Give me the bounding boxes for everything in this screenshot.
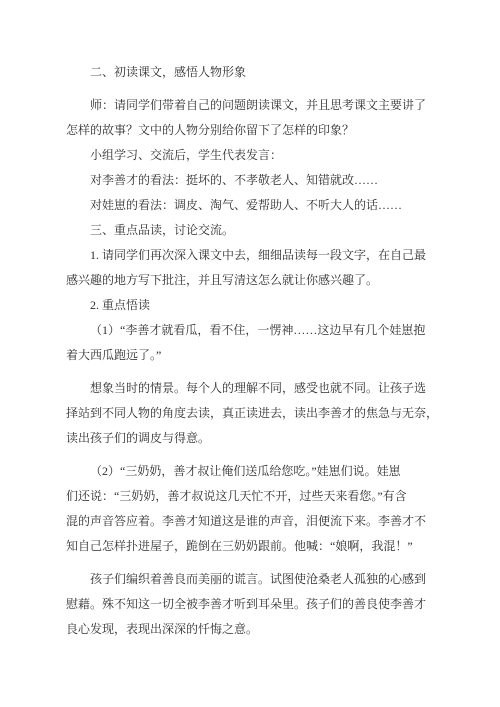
- text-line: 2. 重点悟读: [66, 293, 470, 318]
- paragraph-analysis-1: 想象当时的情景。每个人的理解不同，感受也就不同。让孩子选择站到不同人物的角度去读…: [66, 376, 470, 451]
- paragraph-opinion-wazai: 对娃崽的看法：调皮、淘气、爱帮助人、不听大人的话……: [66, 193, 470, 218]
- document-page: 二、初读课文，感悟人物形象师：请同学们带着自己的问题朗读课文，并且思考课文主要讲…: [0, 0, 500, 707]
- text-line: 三、重点品读，讨论交流。: [66, 218, 470, 243]
- text-line: 想象当时的情景。每个人的理解不同，感受也就不同。让孩子选: [66, 376, 470, 401]
- text-line: （1）“李善才就看瓜，看不住，一愣神……这边早有几个娃崽抱: [66, 318, 470, 343]
- text-line: 1. 请同学们再次深入课文中去，细细品读每一段文字，在自己最: [66, 243, 470, 268]
- paragraph-section-2-heading: 二、初读课文，感悟人物形象: [66, 60, 470, 85]
- text-line: 混的声音答应着。李善才知道这是谁的声音，泪便流下来。李善才不: [66, 509, 470, 534]
- paragraph-item-2: 2. 重点悟读: [66, 293, 470, 318]
- text-line: 慰藉。殊不知这一切全被李善才听到耳朵里。孩子们的善良使李善才: [66, 592, 470, 617]
- paragraph-item-1: 1. 请同学们再次深入课文中去，细细品读每一段文字，在自己最感兴趣的地方写下批注…: [66, 243, 470, 293]
- text-line: （2）“三奶奶，善才叔让俺们送瓜给您吃。”娃崽们说。娃崽: [66, 459, 470, 484]
- text-line: 读出孩子们的调皮与得意。: [66, 426, 470, 451]
- document-text-block: 二、初读课文，感悟人物形象师：请同学们带着自己的问题朗读课文，并且思考课文主要讲…: [0, 0, 500, 642]
- text-line: 良心发现，表现出深深的忏悔之意。: [66, 617, 470, 642]
- paragraph-quote-1: （1）“李善才就看瓜，看不住，一愣神……这边早有几个娃崽抱着大西瓜跑远了。”: [66, 318, 470, 368]
- text-line: 对李善才的看法：挺坏的、不孝敬老人、知错就改……: [66, 168, 470, 193]
- paragraph-analysis-2: 孩子们编织着善良而美丽的谎言。试图使沧桑老人孤独的心感到慰藉。殊不知这一切全被李…: [66, 567, 470, 642]
- text-line: 择站到不同人物的角度去读，真正读进去，读出李善才的焦急与无奈，: [66, 401, 470, 426]
- text-line: 师：请同学们带着自己的问题朗读课文，并且思考课文主要讲了: [66, 93, 470, 118]
- text-line: 们还说：“三奶奶，善才叔说这几天忙不开，过些天来看您。”有含: [66, 484, 470, 509]
- text-line: 小组学习、交流后，学生代表发言：: [66, 143, 470, 168]
- paragraph-group-study: 小组学习、交流后，学生代表发言：: [66, 143, 470, 168]
- text-line: 怎样的故事？文中的人物分别给你留下了怎样的印象？: [66, 118, 470, 143]
- text-line: 二、初读课文，感悟人物形象: [66, 60, 470, 85]
- paragraph-quote-2: （2）“三奶奶，善才叔让俺们送瓜给您吃。”娃崽们说。娃崽们还说：“三奶奶，善才叔…: [66, 459, 470, 559]
- text-line: 着大西瓜跑远了。”: [66, 343, 470, 368]
- paragraph-section-3-heading: 三、重点品读，讨论交流。: [66, 218, 470, 243]
- text-line: 孩子们编织着善良而美丽的谎言。试图使沧桑老人孤独的心感到: [66, 567, 470, 592]
- paragraph-teacher-instruction: 师：请同学们带着自己的问题朗读课文，并且思考课文主要讲了怎样的故事？文中的人物分…: [66, 93, 470, 143]
- text-line: 对娃崽的看法：调皮、淘气、爱帮助人、不听大人的话……: [66, 193, 470, 218]
- paragraph-opinion-li-shancai: 对李善才的看法：挺坏的、不孝敬老人、知错就改……: [66, 168, 470, 193]
- text-line: 知自己怎样扑进屋子，跪倒在三奶奶跟前。他喊：“娘啊，我混！”: [66, 534, 470, 559]
- text-line: 感兴趣的地方写下批注，并且写清这怎么就让你感兴趣了。: [66, 268, 470, 293]
